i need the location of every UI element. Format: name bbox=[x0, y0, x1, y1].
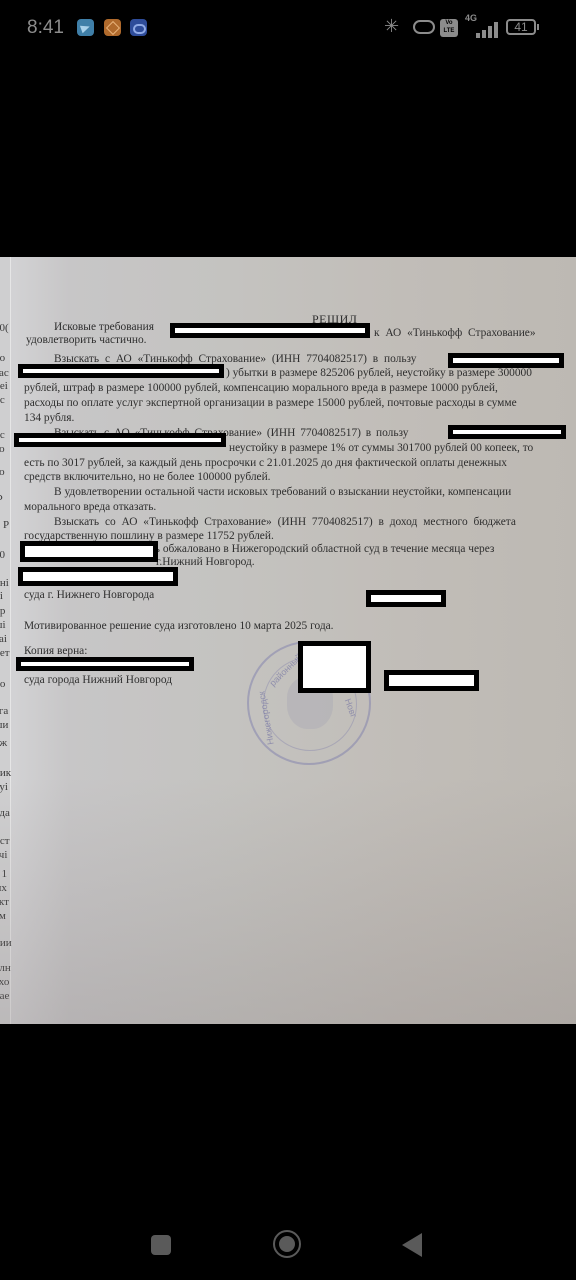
volte-icon: Vo LTE bbox=[440, 19, 458, 37]
signal-icon bbox=[470, 22, 500, 38]
back-button[interactable] bbox=[402, 1233, 422, 1257]
seal-text: Нижегородск bbox=[256, 690, 275, 745]
redaction-box bbox=[384, 670, 479, 691]
underlying-page-text: < Р bbox=[0, 519, 9, 531]
clock: 8:41 bbox=[27, 17, 64, 39]
document-photo[interactable]: 00(доваснеінснсвовоФ< Р00инініпршіваінет… bbox=[0, 257, 576, 1024]
recent-apps-button[interactable] bbox=[151, 1235, 171, 1255]
doc-line: морального вреда отказать. bbox=[24, 500, 156, 515]
doc-line: расходы по оплате услуг экспертной орган… bbox=[24, 396, 517, 411]
underlying-page-text: пр bbox=[0, 605, 5, 617]
underlying-page-text: ши bbox=[0, 719, 8, 731]
redaction-box bbox=[448, 425, 566, 439]
redaction-box bbox=[448, 353, 564, 368]
underlying-page-text: 00( bbox=[0, 322, 9, 334]
underlying-page-text: но bbox=[0, 678, 5, 690]
orange-app-icon bbox=[104, 19, 121, 36]
doc-line: удовлетворить частично. bbox=[26, 333, 147, 348]
underlying-page-text: вас bbox=[0, 367, 9, 379]
hotspot-link-icon bbox=[413, 20, 435, 34]
redaction-box bbox=[18, 567, 178, 586]
underlying-page-text: нс bbox=[0, 394, 5, 406]
redaction-box bbox=[20, 541, 158, 562]
doc-line: Мотивированное решение суда изготовлено … bbox=[24, 619, 334, 634]
underlying-page-text: нс bbox=[0, 429, 5, 441]
doc-line: 134 рубля. bbox=[24, 411, 74, 426]
redaction-box bbox=[298, 641, 371, 693]
doc-line: ) убытки в размере 825206 рублей, неусто… bbox=[226, 366, 532, 381]
home-button[interactable] bbox=[273, 1230, 301, 1258]
redaction-box bbox=[18, 364, 224, 378]
underlying-page-text: ині bbox=[0, 577, 9, 589]
redaction-box bbox=[16, 657, 194, 671]
battery-tip bbox=[537, 24, 539, 30]
underlying-page-text: рж bbox=[0, 737, 7, 749]
underlying-page-text: во bbox=[0, 466, 5, 478]
underlying-page-text: ні bbox=[0, 590, 3, 602]
underlying-page-text: нет bbox=[0, 647, 10, 659]
underlying-page-text: до bbox=[0, 352, 5, 364]
underlying-page-text: ші bbox=[0, 619, 6, 631]
redaction-box bbox=[170, 323, 370, 338]
doc-line: суда города Нижний Новгород bbox=[24, 673, 172, 688]
doc-line: Взыскать со АО «Тинькофф Страхование» (И… bbox=[54, 515, 516, 530]
doc-line: рублей, штраф в размере 100000 рублей, к… bbox=[24, 381, 498, 396]
link-app-icon bbox=[130, 19, 147, 36]
underlying-page-text: во bbox=[0, 443, 5, 455]
status-bar: 8:41 ✳ Vo LTE 4G 41 bbox=[0, 0, 576, 60]
doc-line: неустойку в размере 1% от суммы 301700 р… bbox=[229, 441, 533, 456]
seal-text: Новг bbox=[343, 697, 359, 719]
underlying-page-text: ага bbox=[0, 705, 8, 717]
bluetooth-icon: ✳ bbox=[384, 16, 399, 37]
photo-shadow bbox=[0, 777, 576, 1024]
doc-line: средств включительно, но не более 100000… bbox=[24, 470, 271, 485]
doc-line: к АО «Тинькофф Страхование» bbox=[374, 326, 536, 341]
doc-line: В удовлетворении остальной части исковых… bbox=[54, 485, 511, 500]
doc-line: суда г. Нижнего Новгорода bbox=[24, 588, 154, 603]
telegram-icon bbox=[77, 19, 94, 36]
doc-line: есть по 3017 рублей, за каждый день прос… bbox=[24, 456, 507, 471]
battery-icon: 41 bbox=[506, 19, 536, 35]
underlying-page-text: Ф bbox=[0, 492, 3, 504]
redaction-box bbox=[14, 433, 226, 447]
underlying-page-text: ваі bbox=[0, 633, 7, 645]
underlying-page-text: неі bbox=[0, 380, 8, 392]
redaction-box bbox=[366, 590, 446, 607]
underlying-page-text: 00 bbox=[0, 549, 5, 561]
